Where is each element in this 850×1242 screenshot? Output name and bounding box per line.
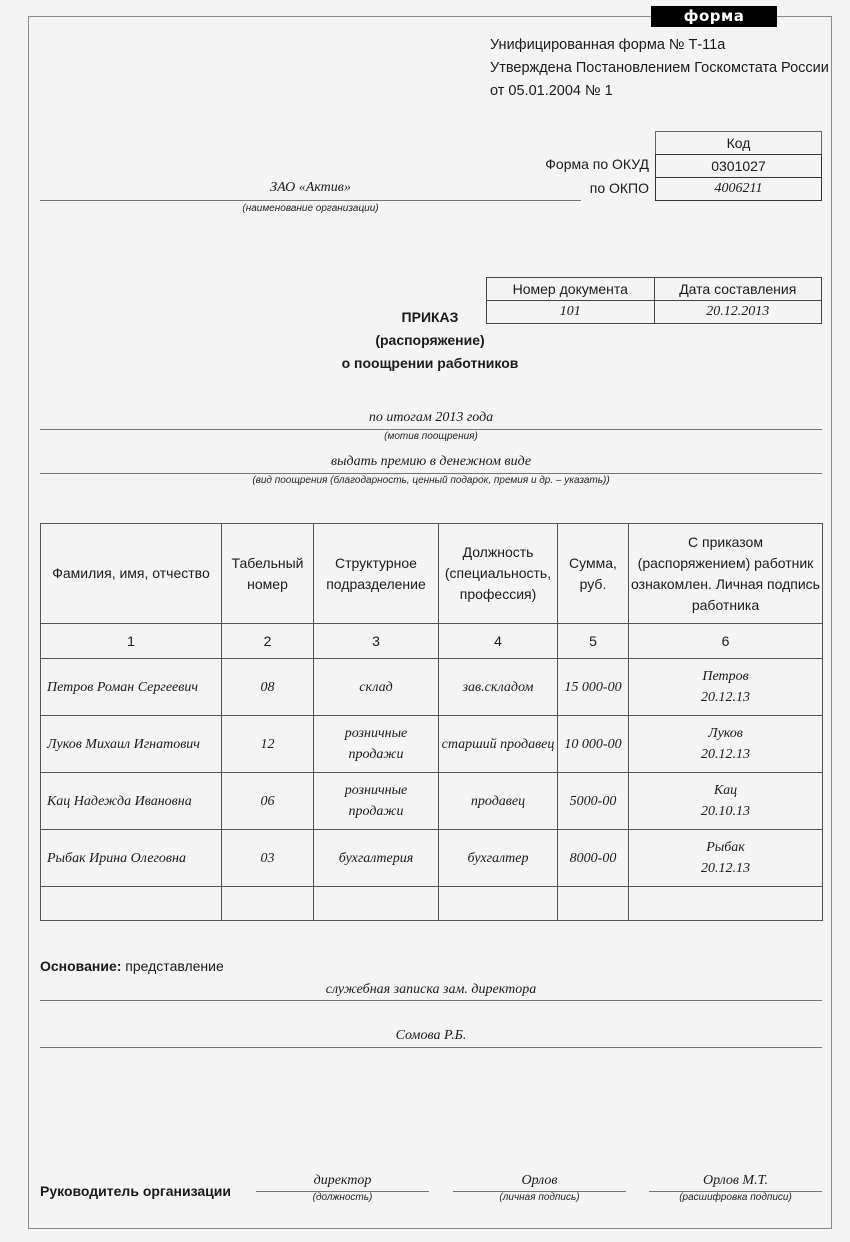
employee-position[interactable]: старший продавец [439,716,558,773]
document-number-label: Номер документа [487,278,655,301]
head-position-field[interactable]: директор [256,1173,429,1192]
table-row-empty [41,887,823,921]
title-prikaz: ПРИКАЗ [330,306,530,329]
employee-name[interactable]: Луков Михаил Игнатович [41,716,222,773]
empty-cell[interactable] [41,887,222,921]
header-acknowledged: С приказом (распоряжением) работник озна… [629,524,823,624]
table-row: Кац Надежда Ивановна 06 розничные продаж… [41,773,823,830]
okud-label: Форма по ОКУД [500,156,649,172]
employee-signature[interactable]: Рыбак20.12.13 [629,830,823,887]
basis-line: Основание: представление [40,958,224,974]
title-rasporyazhenie: (распоряжение) [330,329,530,352]
employee-dept[interactable]: розничные продажи [314,716,439,773]
form-badge: форма [651,6,777,27]
basis-field-2[interactable]: Сомова Р.Б. [40,1028,822,1048]
head-decoded-field[interactable]: Орлов М.Т. [649,1173,822,1192]
empty-cell[interactable] [314,887,439,921]
head-decoded-caption: (расшифровка подписи) [649,1192,822,1203]
employee-position[interactable]: зав.складом [439,659,558,716]
reward-type-field[interactable]: выдать премию в денежном виде [40,454,822,474]
employee-dept[interactable]: склад [314,659,439,716]
motive-caption: (мотив поощрения) [40,431,822,442]
employee-amount[interactable]: 5000-00 [558,773,629,830]
head-sign-field[interactable]: Орлов [453,1173,626,1192]
signature-name: Рыбак [631,837,820,858]
header-tab-no: Табельный номер [222,524,314,624]
basis-text: представление [125,958,223,974]
column-number: 4 [439,624,558,659]
signature-date: 20.10.13 [631,801,820,822]
employee-tab-no[interactable]: 12 [222,716,314,773]
signature-name: Петров [631,666,820,687]
signature-name: Кац [631,780,820,801]
table-row: Луков Михаил Игнатович 12 розничные прод… [41,716,823,773]
employee-signature[interactable]: Петров20.12.13 [629,659,823,716]
head-label: Руководитель организации [40,1183,231,1199]
employee-dept[interactable]: бухгалтерия [314,830,439,887]
employee-position[interactable]: продавец [439,773,558,830]
code-header: Код [656,132,822,155]
basis-label: Основание: [40,958,121,974]
empty-cell[interactable] [222,887,314,921]
column-number: 5 [558,624,629,659]
organization-field[interactable]: ЗАО «Актив» [40,180,581,201]
motive-field[interactable]: по итогам 2013 года [40,410,822,430]
employee-amount[interactable]: 15 000-00 [558,659,629,716]
table-row: Петров Роман Сергеевич 08 склад зав.скла… [41,659,823,716]
employees-table: Фамилия, имя, отчество Табельный номер С… [40,523,823,921]
document-date-label: Дата составления [654,278,822,301]
employee-tab-no[interactable]: 03 [222,830,314,887]
employee-name[interactable]: Кац Надежда Ивановна [41,773,222,830]
header-amount: Сумма, руб. [558,524,629,624]
okud-value[interactable]: 0301027 [656,155,822,178]
signature-date: 20.12.13 [631,858,820,879]
header-position: Должность (специальность, профессия) [439,524,558,624]
head-sign-caption: (личная подпись) [453,1192,626,1203]
table-row: Рыбак Ирина Олеговна 03 бухгалтерия бухг… [41,830,823,887]
employee-dept[interactable]: розничные продажи [314,773,439,830]
head-position-caption: (должность) [256,1192,429,1203]
employee-name[interactable]: Рыбак Ирина Олеговна [41,830,222,887]
employee-amount[interactable]: 8000-00 [558,830,629,887]
document-date[interactable]: 20.12.2013 [654,301,822,324]
header-fio: Фамилия, имя, отчество [41,524,222,624]
form-approval-line: Утверждена Постановлением Госкомстата Ро… [490,57,829,80]
signature-date: 20.12.13 [631,744,820,765]
form-number-line: Унифицированная форма № Т-11а [490,34,725,57]
basis-field-1[interactable]: служебная записка зам. директора [40,982,822,1001]
signature-date: 20.12.13 [631,687,820,708]
header-dept: Структурное подразделение [314,524,439,624]
document-box: Номер документа Дата составления 101 20.… [486,277,822,324]
empty-cell[interactable] [439,887,558,921]
employee-amount[interactable]: 10 000-00 [558,716,629,773]
okpo-value[interactable]: 4006211 [656,178,822,201]
title-subject: о поощрении работников [300,352,560,375]
reward-type-caption: (вид поощрения (благодарность, ценный по… [40,475,822,486]
empty-cell[interactable] [558,887,629,921]
column-number: 2 [222,624,314,659]
column-number: 6 [629,624,823,659]
form-date-line: от 05.01.2004 № 1 [490,80,613,103]
signature-name: Луков [631,723,820,744]
code-box: Код 0301027 4006211 [655,131,822,201]
column-number: 3 [314,624,439,659]
employee-signature[interactable]: Луков20.12.13 [629,716,823,773]
employee-tab-no[interactable]: 08 [222,659,314,716]
organization-caption: (наименование организации) [40,203,581,214]
employee-position[interactable]: бухгалтер [439,830,558,887]
employee-name[interactable]: Петров Роман Сергеевич [41,659,222,716]
employee-tab-no[interactable]: 06 [222,773,314,830]
column-number: 1 [41,624,222,659]
empty-cell[interactable] [629,887,823,921]
employee-signature[interactable]: Кац20.10.13 [629,773,823,830]
